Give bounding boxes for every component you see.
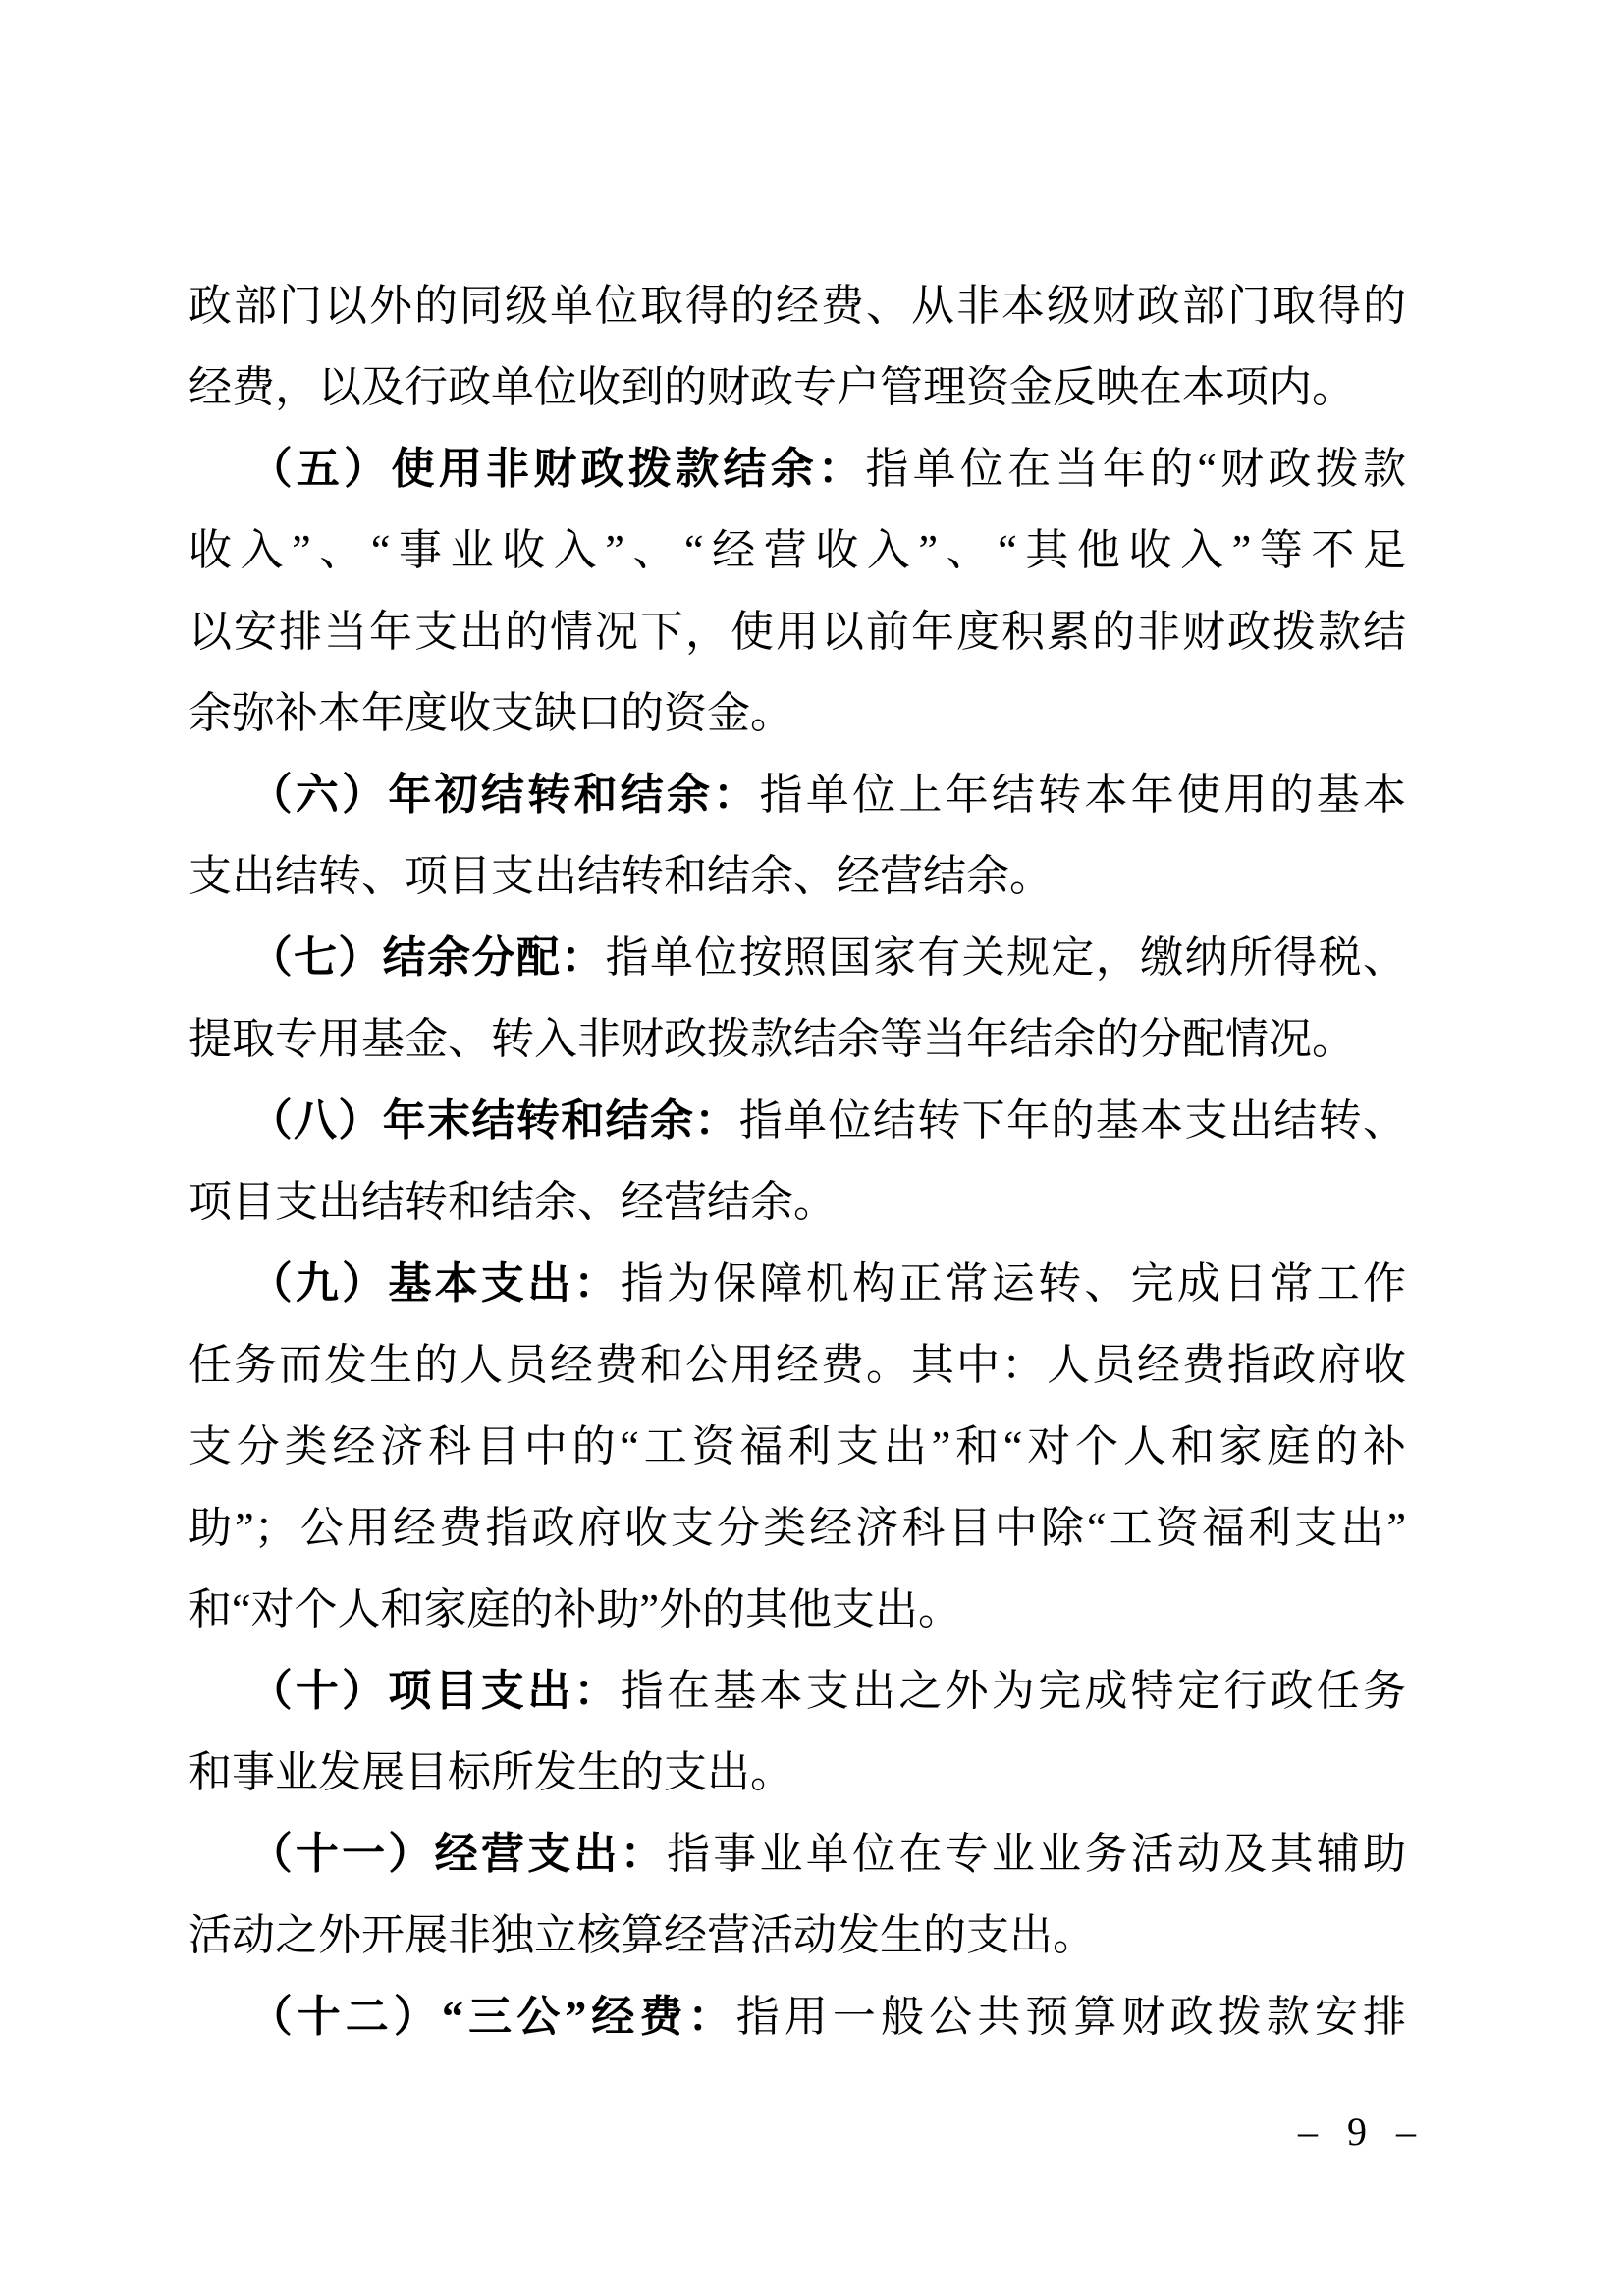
- clause-body-text: 指用一般公共预算财政拨款安排: [736, 1993, 1406, 2041]
- clause-body-text: 指事业单位在专业业务活动及其辅助: [667, 1830, 1406, 1878]
- clause-heading: （九）基本支出：: [249, 1259, 621, 1308]
- clause-body-text: 以安排当年支出的情况下，使用以前年度积累的非财政拨款结: [189, 608, 1406, 656]
- clause-body-text: 提取专用基金、转入非财政拨款结余等当年结余的分配情况。: [189, 1015, 1355, 1063]
- text-line: （十一）经营支出：指事业单位在专业业务活动及其辅助: [189, 1813, 1406, 1895]
- page-number: – 9 –: [1298, 2109, 1426, 2156]
- clause-body-text: 收入”、“事业收入”、“经营收入”、“其他收入”等不足: [189, 526, 1406, 574]
- clause-heading: （六）年初结转和结余：: [249, 771, 760, 819]
- clause-heading: （十）项目支出：: [249, 1667, 621, 1715]
- text-line: 助”；公用经费指政府收支分类经济科目中除“工资福利支出”: [189, 1487, 1406, 1569]
- clause-heading: （十一）经营支出：: [249, 1830, 667, 1878]
- text-line: 和事业发展目标所发生的支出。: [189, 1732, 1406, 1813]
- text-line: 活动之外开展非独立核算经营活动发生的支出。: [189, 1895, 1406, 1976]
- text-line: 支出结转、项目支出结转和结余、经营结余。: [189, 835, 1406, 917]
- clause-body-text: 项目支出结转和结余、经营结余。: [189, 1178, 837, 1226]
- text-line: 项目支出结转和结余、经营结余。: [189, 1161, 1406, 1243]
- clause-body-text: 和事业发展目标所发生的支出。: [189, 1748, 793, 1796]
- clause-body-text: 任务而发生的人员经费和公用经费。其中：人员经费指政府收: [189, 1341, 1406, 1389]
- text-line: 任务而发生的人员经费和公用经费。其中：人员经费指政府收: [189, 1324, 1406, 1406]
- clause-body-text: 指单位结转下年的基本支出结转、: [739, 1096, 1406, 1145]
- text-line: 余弥补本年度收支缺口的资金。: [189, 672, 1406, 754]
- clause-body-text: 指单位在当年的“财政拨款: [865, 445, 1406, 493]
- clause-body-text: 指在基本支出之外为完成特定行政任务: [621, 1667, 1406, 1715]
- clause-heading: （十二）“三公”经费：: [249, 1993, 736, 2041]
- text-line: 收入”、“事业收入”、“经营收入”、“其他收入”等不足: [189, 509, 1406, 591]
- text-line: （十）项目支出：指在基本支出之外为完成特定行政任务: [189, 1650, 1406, 1732]
- clause-body-text: 余弥补本年度收支缺口的资金。: [189, 689, 793, 737]
- clause-heading: （五）使用非财政拨款结余：: [249, 445, 866, 493]
- clause-heading: （八）年末结转和结余：: [249, 1096, 739, 1145]
- text-line: （十二）“三公”经费：指用一般公共预算财政拨款安排: [189, 1976, 1406, 2057]
- clause-heading: （七）结余分配：: [249, 934, 606, 982]
- clause-body-text: 和“对个人和家庭的补助”外的其他支出。: [189, 1585, 961, 1633]
- text-line: （九）基本支出：指为保障机构正常运转、完成日常工作: [189, 1243, 1406, 1324]
- text-line: 支分类经济科目中的“工资福利支出”和“对个人和家庭的补: [189, 1406, 1406, 1487]
- clause-body-text: 支分类经济科目中的“工资福利支出”和“对个人和家庭的补: [189, 1422, 1406, 1470]
- text-line: 经费，以及行政单位收到的财政专户管理资金反映在本项内。: [189, 347, 1406, 428]
- clause-body-text: 指为保障机构正常运转、完成日常工作: [621, 1259, 1406, 1308]
- text-line: 和“对个人和家庭的补助”外的其他支出。: [189, 1569, 1406, 1650]
- text-line: （六）年初结转和结余：指单位上年结转本年使用的基本: [189, 754, 1406, 835]
- document-text-block: 政部门以外的同级单位取得的经费、从非本级财政部门取得的经费，以及行政单位收到的财…: [189, 265, 1406, 2057]
- clause-body-text: 活动之外开展非独立核算经营活动发生的支出。: [189, 1911, 1096, 1959]
- clause-body-text: 经费，以及行政单位收到的财政专户管理资金反映在本项内。: [189, 363, 1355, 411]
- document-page: 政部门以外的同级单位取得的经费、从非本级财政部门取得的经费，以及行政单位收到的财…: [0, 0, 1624, 2296]
- clause-body-text: 指单位按照国家有关规定，缴纳所得税、: [606, 934, 1406, 982]
- clause-body-text: 支出结转、项目支出结转和结余、经营结余。: [189, 852, 1053, 900]
- text-line: 政部门以外的同级单位取得的经费、从非本级财政部门取得的: [189, 265, 1406, 347]
- text-line: 以安排当年支出的情况下，使用以前年度积累的非财政拨款结: [189, 591, 1406, 672]
- text-line: （五）使用非财政拨款结余：指单位在当年的“财政拨款: [189, 428, 1406, 509]
- clause-body-text: 政部门以外的同级单位取得的经费、从非本级财政部门取得的: [189, 282, 1406, 330]
- clause-body-text: 助”；公用经费指政府收支分类经济科目中除“工资福利支出”: [189, 1504, 1406, 1552]
- text-line: （八）年末结转和结余：指单位结转下年的基本支出结转、: [189, 1080, 1406, 1161]
- text-line: （七）结余分配：指单位按照国家有关规定，缴纳所得税、: [189, 917, 1406, 998]
- text-line: 提取专用基金、转入非财政拨款结余等当年结余的分配情况。: [189, 998, 1406, 1080]
- clause-body-text: 指单位上年结转本年使用的基本: [760, 771, 1406, 819]
